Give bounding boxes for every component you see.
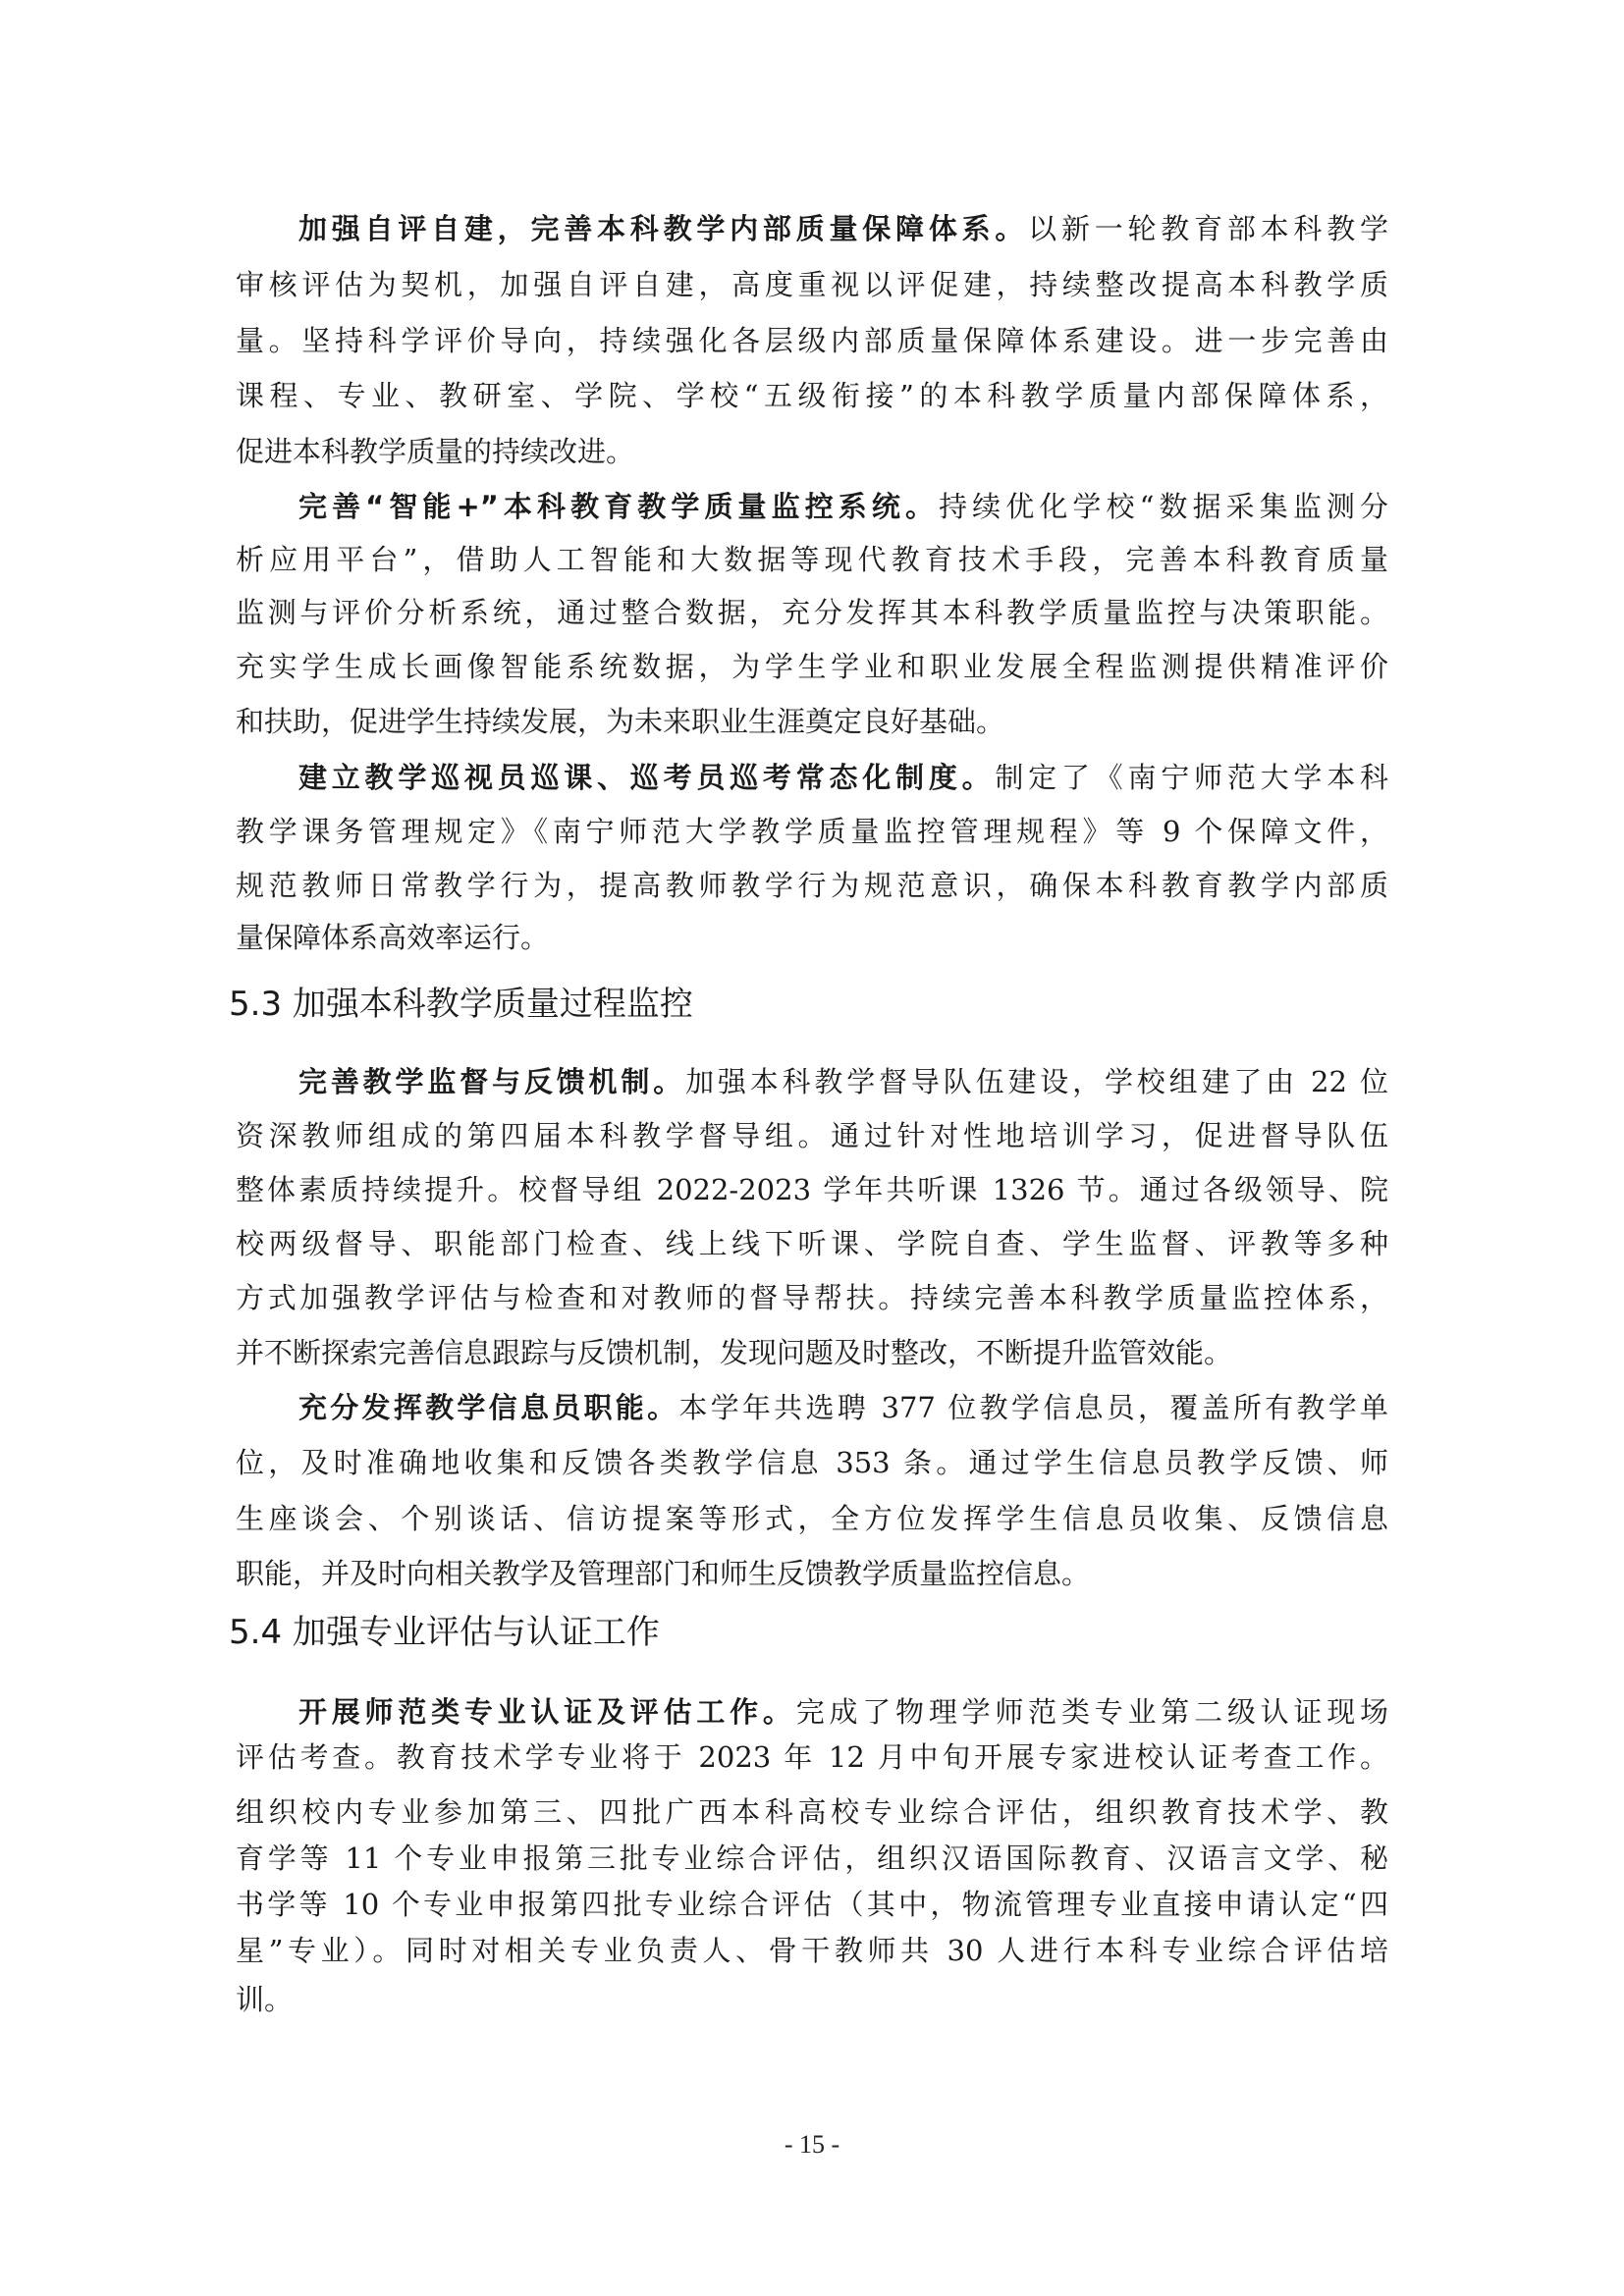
paragraph-line: 规范教师日常教学行为，提高教师教学行为规范意识，确保本科教育教学内部质 [236,866,1388,905]
paragraph-text: 本学年共选聘 377 位教学信息员，覆盖所有教学单 [678,1391,1388,1424]
paragraph-line: 职能，并及时向相关教学及管理部门和师生反馈教学质量监控信息。 [236,1554,1388,1593]
paragraph-text: 制定了《南宁师范大学本科 [995,761,1388,794]
paragraph-lead: 完善“智能+”本科教育教学质量监控系统。 [298,490,939,523]
paragraph-line: 析应用平台”，借助人工智能和大数据等现代教育技术手段，完善本科教育质量 [236,540,1388,579]
paragraph-line: 建立教学巡视员巡课、巡考员巡考常态化制度。制定了《南宁师范大学本科 [298,758,1388,797]
paragraph-text: 以新一轮教育部本科教学 [1028,212,1388,245]
paragraph-line: 评估考查。教育技术学专业将于 2023 年 12 月中旬开展专家进校认证考查工作… [236,1737,1388,1777]
paragraph-line: 书学等 10 个专业申报第四批专业综合评估（其中，物流管理专业直接申请认定“四 [236,1885,1388,1924]
paragraph-line: 完善“智能+”本科教育教学质量监控系统。持续优化学校“数据采集监测分 [298,487,1388,526]
document-page: 加强自评自建，完善本科教学内部质量保障体系。以新一轮教育部本科教学 审核评估为契… [0,0,1624,2296]
paragraph-line: 育学等 11 个专业申报第三批专业综合评估，组织汉语国际教育、汉语言文学、秘 [236,1839,1388,1878]
paragraph-text: 持续优化学校“数据采集监测分 [939,490,1388,523]
paragraph-line: 充实学生成长画像智能系统数据，为学生学业和职业发展全程监测提供精准评价 [236,647,1388,686]
paragraph-line: 校两级督导、职能部门检查、线上线下听课、学院自查、学生监督、评教等多种 [236,1224,1388,1263]
paragraph-lead: 充分发挥教学信息员职能。 [298,1391,678,1424]
paragraph-lead: 开展师范类专业认证及评估工作。 [298,1695,796,1729]
paragraph-line: 星”专业）。同时对相关专业负责人、骨干教师共 30 人进行本科专业综合评估培 [236,1931,1388,1970]
paragraph-line: 完善教学监督与反馈机制。加强本科教学督导队伍建设，学校组建了由 22 位 [298,1062,1388,1101]
paragraph-line: 加强自评自建，完善本科教学内部质量保障体系。以新一轮教育部本科教学 [298,209,1388,248]
paragraph-line: 生座谈会、个别谈话、信访提案等形式，全方位发挥学生信息员收集、反馈信息 [236,1499,1388,1538]
paragraph-lead: 完善教学监督与反馈机制。 [298,1065,685,1098]
paragraph-line: 充分发挥教学信息员职能。本学年共选聘 377 位教学信息员，覆盖所有教学单 [298,1388,1388,1427]
paragraph-line: 训。 [236,1980,1388,2019]
paragraph-line: 教学课务管理规定》《南宁师范大学教学质量监控管理规程》等 9 个保障文件， [236,812,1388,851]
paragraph-text: 加强本科教学督导队伍建设，学校组建了由 22 位 [685,1065,1388,1098]
section-heading-5-4: 5.4 加强专业评估与认证工作 [229,1611,660,1654]
paragraph-lead: 建立教学巡视员巡课、巡考员巡考常态化制度。 [298,761,995,794]
paragraph-line: 和扶助，促进学生持续发展，为未来职业生涯奠定良好基础。 [236,702,1388,741]
section-heading-5-3: 5.3 加强本科教学质量过程监控 [229,983,693,1026]
paragraph-line: 监测与评价分析系统，通过整合数据，充分发挥其本科教学质量监控与决策职能。 [236,593,1388,632]
paragraph-line: 方式加强教学评估与检查和对教师的督导帮扶。持续完善本科教学质量监控体系， [236,1278,1388,1317]
paragraph-line: 量保障体系高效率运行。 [236,918,1388,957]
paragraph-line: 审核评估为契机，加强自评自建，高度重视以评促建，持续整改提高本科教学质 [236,265,1388,304]
paragraph-text: 完成了物理学师范类专业第二级认证现场 [796,1695,1388,1729]
paragraph-line: 并不断探索完善信息跟踪与反馈机制，发现问题及时整改，不断提升监管效能。 [236,1333,1388,1372]
paragraph-line: 组织校内专业参加第三、四批广西本科高校专业综合评估，组织教育技术学、教 [236,1792,1388,1832]
paragraph-line: 量。坚持科学评价导向，持续强化各层级内部质量保障体系建设。进一步完善由 [236,321,1388,360]
paragraph-line: 整体素质持续提升。校督导组 2022-2023 学年共听课 1326 节。通过各… [236,1170,1388,1209]
paragraph-line: 资深教师组成的第四届本科教学督导组。通过针对性地培训学习，促进督导队伍 [236,1116,1388,1155]
paragraph-line: 促进本科教学质量的持续改进。 [236,432,1388,471]
page-number: - 15 - [0,2130,1624,2160]
paragraph-line: 位，及时准确地收集和反馈各类教学信息 353 条。通过学生信息员教学反馈、师 [236,1443,1388,1482]
paragraph-line: 开展师范类专业认证及评估工作。完成了物理学师范类专业第二级认证现场 [298,1692,1388,1732]
paragraph-lead: 加强自评自建，完善本科教学内部质量保障体系。 [298,212,1028,245]
paragraph-line: 课程、专业、教研室、学院、学校“五级衔接”的本科教学质量内部保障体系， [236,376,1388,415]
